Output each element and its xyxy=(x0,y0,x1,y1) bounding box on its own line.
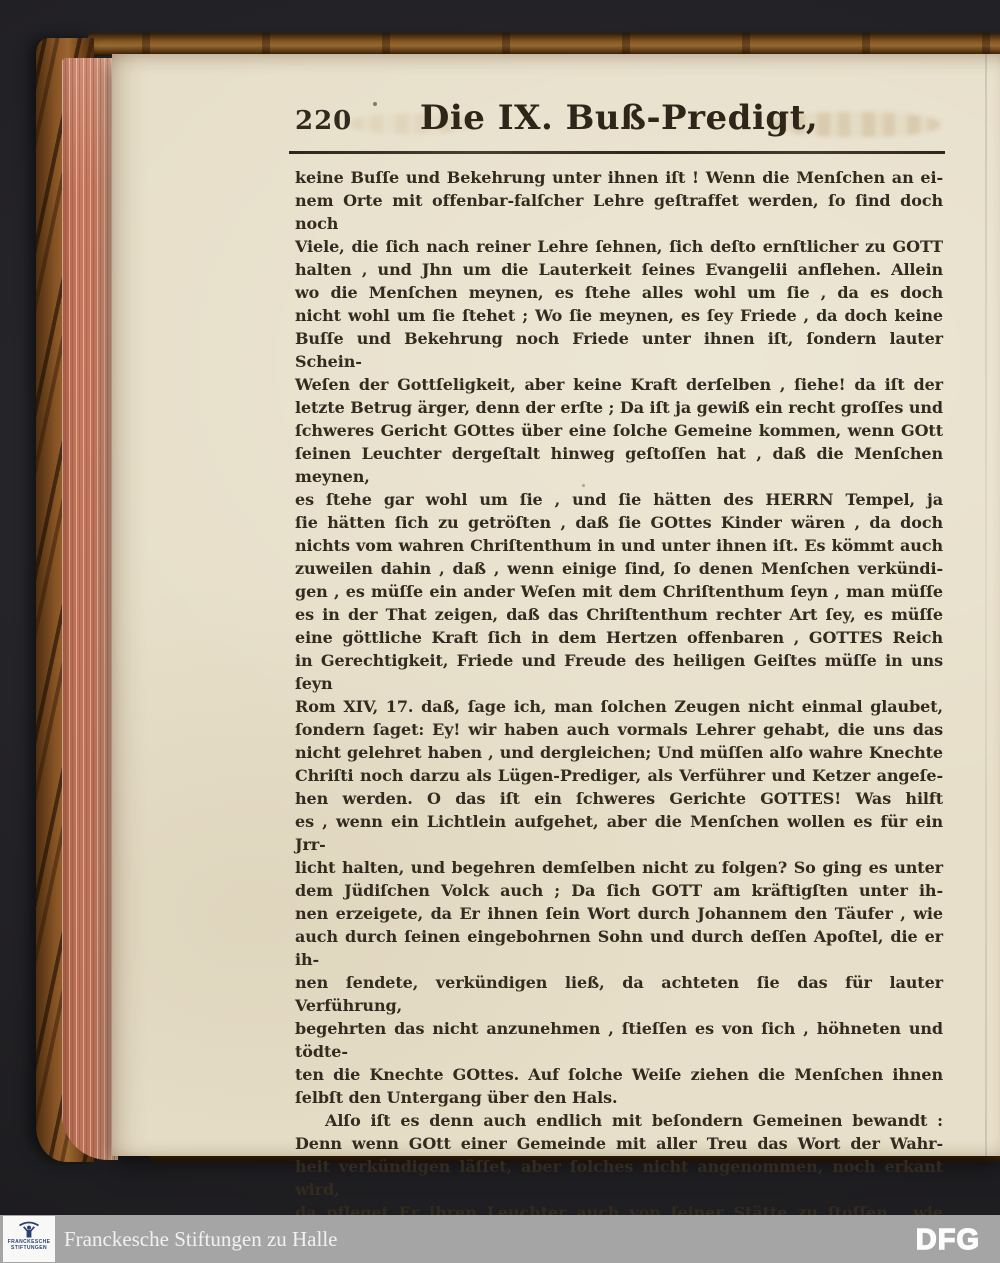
text-line: Buſſe und Bekehrung noch Friede unter ih… xyxy=(295,327,943,373)
text-line: nen ſendete, verkündigen ließ, da achtet… xyxy=(295,971,943,1017)
text-line: es in der That zeigen, daß das Chriſtent… xyxy=(295,603,943,626)
page-number: 220 xyxy=(295,106,415,136)
text-line: Denn wenn GOtt einer Gemeinde mit aller … xyxy=(295,1132,943,1155)
header-rule xyxy=(289,151,945,154)
text-line: nem Orte mit offenbar-falſcher Lehre geſ… xyxy=(295,189,943,235)
footer-institution-label: Franckesche Stiftungen zu Halle xyxy=(64,1215,338,1263)
text-line: Viele, die ſich nach reiner Lehre ſehnen… xyxy=(295,235,943,258)
text-line: begehrten das nicht anzunehmen , ſtieſſe… xyxy=(295,1017,943,1063)
text-line: ſelbſt den Untergang über den Hals. xyxy=(295,1086,943,1109)
text-line: wo die Menſchen meynen, es ſtehe alles w… xyxy=(295,281,943,304)
text-line: licht halten, und begehren demſelben nic… xyxy=(295,856,943,879)
running-title: Die IX. Buß-Predigt, xyxy=(415,98,943,138)
body-text: keine Buſſe und Bekehrung unter ihnen iſ… xyxy=(295,166,943,1263)
text-line: ſie hätten ſich zu getröſten , daß ſie G… xyxy=(295,511,943,534)
text-line: es ſtehe gar wohl um ſie , und ſie hätte… xyxy=(295,488,943,511)
text-line: heit verkündigen läſſet, aber ſolches ni… xyxy=(295,1155,943,1201)
book-page: 220 Die IX. Buß-Predigt, keine Buſſe und… xyxy=(112,54,1000,1156)
text-line: ſeinen Leuchter dergeſtalt hinweg geſtoſ… xyxy=(295,442,943,488)
text-line: ſchweres Gericht GOttes über eine ſolche… xyxy=(295,419,943,442)
text-line: auch durch ſeinen eingebohrnen Sohn und … xyxy=(295,925,943,971)
text-line: Chriſti noch darzu als Lügen-Prediger, a… xyxy=(295,764,943,787)
text-line: es , wenn ein Lichtlein aufgehet, aber d… xyxy=(295,810,943,856)
text-line: ten die Knechte GOttes. Auf ſolche Weiſe… xyxy=(295,1063,943,1086)
page-header: 220 Die IX. Buß-Predigt, xyxy=(295,98,943,138)
book-photo: 220 Die IX. Buß-Predigt, keine Buſſe und… xyxy=(0,0,1000,1263)
text-line: nicht wohl um ſie ſtehet ; Wo ſie meynen… xyxy=(295,304,943,327)
text-line: ſondern ſaget: Ey! wir haben auch vormal… xyxy=(295,718,943,741)
book-page-edges xyxy=(62,58,118,1160)
franckesche-logo-caption: FRANCKESCHE STIFTUNGEN xyxy=(8,1239,51,1251)
text-line: Alſo iſt es denn auch endlich mit beſond… xyxy=(295,1109,943,1132)
text-line: zuweilen dahin , daß , wenn einige ſind,… xyxy=(295,557,943,580)
text-line: Rom XIV, 17. daß, ſage ich, man ſolchen … xyxy=(295,695,943,718)
text-line: letzte Betrug ärger, denn der erſte ; Da… xyxy=(295,396,943,419)
text-line: nen erzeigete, da Er ihnen ſein Wort dur… xyxy=(295,902,943,925)
text-line: eine göttliche Kraft ſich in dem Hertzen… xyxy=(295,626,943,649)
text-line: in Gerechtigkeit, Friede und Freude des … xyxy=(295,649,943,695)
text-line: dem Jüdiſchen Volck auch ; Da ſich GOTT … xyxy=(295,879,943,902)
text-line: nichts vom wahren Chriſtenthum in und un… xyxy=(295,534,943,557)
text-line: nicht gelehret haben , und dergleichen; … xyxy=(295,741,943,764)
dfg-logo[interactable]: DFG xyxy=(916,1215,980,1263)
text-line: gen , es müſſe ein ander Weſen mit dem C… xyxy=(295,580,943,603)
logo-caption-line: STIFTUNGEN xyxy=(8,1245,51,1251)
franckesche-logo-icon xyxy=(17,1219,41,1238)
text-line: Weſen der Gottſeligkeit, aber keine Kraf… xyxy=(295,373,943,396)
footer-bar: FRANCKESCHE STIFTUNGEN Franckesche Stift… xyxy=(0,1215,1000,1263)
text-line: keine Buſſe und Bekehrung unter ihnen iſ… xyxy=(295,166,943,189)
franckesche-stiftungen-logo[interactable]: FRANCKESCHE STIFTUNGEN xyxy=(3,1216,55,1262)
book-cover-top-edge xyxy=(88,33,1000,56)
text-line: halten , und Jhn um die Lauterkeit ſeine… xyxy=(295,258,943,281)
text-line: hen werden. O das iſt ein ſchweres Geric… xyxy=(295,787,943,810)
